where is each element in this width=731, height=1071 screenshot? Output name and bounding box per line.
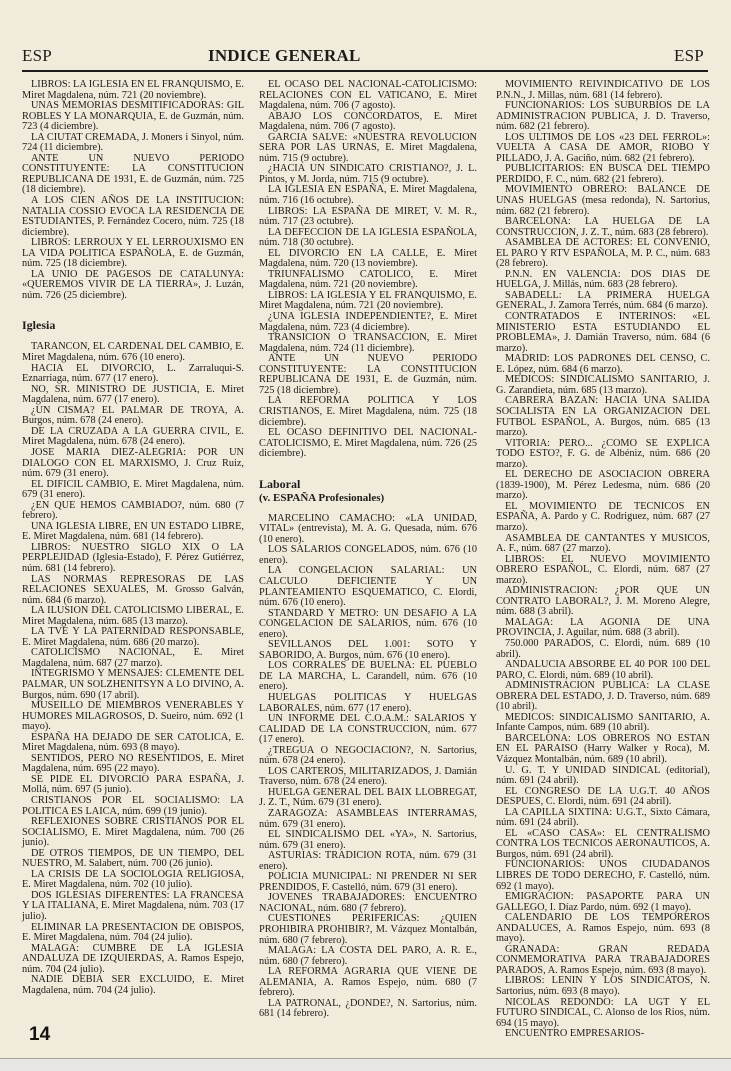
index-entry: A LOS CIEN AÑOS DE LA INSTITUCION: NATAL… [22, 196, 244, 238]
index-entry: LIBROS: LA IGLESIA EN EL FRANQUISMO, E. … [22, 80, 244, 101]
index-entry: REFLEXIONES SOBRE CRISTIANOS POR EL SOCI… [22, 817, 244, 849]
index-entry: LIBROS: LA ESPAÑA DE MIRET, V. M. R., nú… [259, 207, 477, 228]
index-entry: HUELGA GENERAL DEL BAIX LLOBREGAT, J. Z.… [259, 788, 477, 809]
index-entry: POLICIA MUNICIPAL: NI PRENDER NI SER PRE… [259, 872, 477, 893]
header-rule [22, 70, 708, 72]
index-entry: LA IGLESIA EN ESPAÑA, E. Miret Magdalena… [259, 185, 477, 206]
header-section-left: ESP [22, 46, 52, 66]
index-entry: LA ILUSION DEL CATOLICISMO LIBERAL, E. M… [22, 606, 244, 627]
index-entry: LOS ULTIMOS DE LOS «23 DEL FERROL»: VUEL… [496, 133, 710, 165]
index-entry: DE LA CRUZADA A LA GUERRA CIVIL, E. Mire… [22, 427, 244, 448]
index-entry: MOVIMIENTO OBRERO: BALANCE DE UNAS HUELG… [496, 185, 710, 217]
index-entry: LA CIUTAT CREMADA, J. Moners i Sinyol, n… [22, 133, 244, 154]
index-entry: BARCELONA: LA HUELGA DE LA CONSTRUCCION,… [496, 217, 710, 238]
index-entry: UNA IGLESIA LIBRE, EN UN ESTADO LIBRE, E… [22, 522, 244, 543]
index-entry: MADRID: LOS PADRONES DEL CENSO, C. E. Ló… [496, 354, 710, 375]
section-heading-laboral: Laboral [259, 478, 477, 491]
index-entry: LIBROS: EL NUEVO MOVIMIENTO OBRERO ESPAÑ… [496, 555, 710, 587]
page-title: INDICE GENERAL [208, 46, 361, 66]
index-entry: EL DIVORCIO EN LA CALLE, E. Miret Magdal… [259, 249, 477, 270]
index-entry: UNAS MEMORIAS DESMITIFICADORAS: GIL ROBL… [22, 101, 244, 133]
index-entry: EL SINDICALISMO DEL «YA», N. Sartorius, … [259, 830, 477, 851]
index-entry: ANTE UN NUEVO PERIODO CONSTITUYENTE: LA … [22, 154, 244, 196]
index-entry: ASAMBLEA DE ACTORES: EL CONVENIO, EL PAR… [496, 238, 710, 270]
index-entry: EL «CASO CASA»: EL CENTRALISMO CONTRA LO… [496, 829, 710, 861]
index-entry: HACIA EL DIVORCIO, L. Zarraluqui-S. Ezna… [22, 364, 244, 385]
index-entry: ABAJO LOS CONCORDATOS, E. Miret Magdalen… [259, 112, 477, 133]
index-entry: CRISTIANOS POR EL SOCIALISMO: LA POLITIC… [22, 796, 244, 817]
index-entry: ANTE UN NUEVO PERIODO CONSTITUYENTE: LA … [259, 354, 477, 396]
index-entry: ¿EN QUE HEMOS CAMBIADO?, núm. 680 (7 feb… [22, 501, 244, 522]
index-entry: ¿UNA IGLESIA INDEPENDIENTE?, E. Miret Ma… [259, 312, 477, 333]
index-entry: LA PATRONAL, ¿DONDE?, N. Sartorius, núm.… [259, 999, 477, 1020]
index-entry: LA CAPILLA SIXTINA: U.G.T., Sixto Cámara… [496, 808, 710, 829]
index-entry: SE PIDE EL DIVORCIO PARA ESPAÑA, J. Moll… [22, 775, 244, 796]
index-entry: EL OCASO DEL NACIONAL-CATOLICISMO: RELAC… [259, 80, 477, 112]
index-entry: ASTURIAS: TRADICION ROTA, núm. 679 (31 e… [259, 851, 477, 872]
index-entry: ADMINISTRACION: ¿POR QUE UN CONTRATO LAB… [496, 586, 710, 618]
index-entry: NO, SR. MINISTRO DE JUSTICIA, E. Miret M… [22, 385, 244, 406]
column-3: MOVIMIENTO REIVINDICATIVO DE LOS P.N.N.,… [496, 80, 710, 1040]
magazine-page: ESP INDICE GENERAL ESP LIBROS: LA IGLESI… [0, 0, 731, 1059]
index-entry: PUBLICITARIOS: EN BUSCA DEL TIEMPO PERDI… [496, 164, 710, 185]
index-entry: 750.000 PARADOS, C. Elordi, núm. 689 (10… [496, 639, 710, 660]
index-entry: JOVENES TRABAJADORES: ENCUENTRO NACIONAL… [259, 893, 477, 914]
index-entry: GARCIA SALVE: «NUESTRA REVOLUCION SERA P… [259, 133, 477, 165]
index-entry: SABADELL: LA PRIMERA HUELGA GENERAL, J. … [496, 291, 710, 312]
index-entry: UN INFORME DEL C.O.A.M.: SALARIOS Y CALI… [259, 714, 477, 746]
index-entry: MEDICOS: SINDICALISMO SANITARIO, A. Infa… [496, 713, 710, 734]
index-entry: LIBROS: LERROUX Y EL LERROUXISMO EN LA V… [22, 238, 244, 270]
index-entry: ¿TREGUA O NEGOCIACION?, N. Sartorius, nú… [259, 746, 477, 767]
entries-iglesia-continued: EL OCASO DEL NACIONAL-CATOLICISMO: RELAC… [259, 80, 477, 460]
index-entry: EMIGRACION: PASAPORTE PARA UN GALLEGO, I… [496, 892, 710, 913]
index-entry: SENTIDOS, PERO NO RESENTIDOS, E. Miret M… [22, 754, 244, 775]
index-entry: TARANCON, EL CARDENAL DEL CAMBIO, E. Mir… [22, 342, 244, 363]
entries-top: LIBROS: LA IGLESIA EN EL FRANQUISMO, E. … [22, 80, 244, 301]
index-entry: CATOLICISMO NACIONAL, E. Miret Magdalena… [22, 648, 244, 669]
index-entry: EL OCASO DEFINITIVO DEL NACIONAL-CATOLIC… [259, 428, 477, 460]
index-entry: LIBROS: LA IGLESIA Y EL FRANQUISMO, E. M… [259, 291, 477, 312]
index-entry: CONTRATADOS E INTERINOS: «EL MINISTERIO … [496, 312, 710, 354]
index-entry: NADIE DEBIA SER EXCLUIDO, E. Miret Magda… [22, 975, 244, 996]
index-entry: LOS CORRALES DE BUELNA: EL PUEBLO DE LA … [259, 661, 477, 693]
index-entry: TRANSICION O TRANSACCION, E. Miret Magda… [259, 333, 477, 354]
index-entry: LIBROS: LENIN Y LOS SINDICATOS, N. Sarto… [496, 976, 710, 997]
index-entry: EL DERECHO DE ASOCIACION OBRERA (1839-19… [496, 470, 710, 502]
index-entry: LA DEFECCION DE LA IGLESIA ESPAÑOLA, núm… [259, 228, 477, 249]
entries-laboral-continued: MOVIMIENTO REIVINDICATIVO DE LOS P.N.N.,… [496, 80, 710, 1040]
index-entry: CABRERA BAZAN: HACIA UNA SALIDA SOCIALIS… [496, 396, 710, 438]
index-entry: ASAMBLEA DE CANTANTES Y MUSICOS, A. F., … [496, 534, 710, 555]
index-entry: ¿UN CISMA? EL PALMAR DE TROYA, A. Burgos… [22, 406, 244, 427]
index-entry: ¿HACIA UN SINDICATO CRISTIANO?, J. L. Pi… [259, 164, 477, 185]
index-entry: SEVILLANOS DEL 1.001: SOTO Y SABORIDO, A… [259, 640, 477, 661]
index-entry: LA CRISIS DE LA SOCIOLOGIA RELIGIOSA, E.… [22, 870, 244, 891]
index-entry: LA REFORMA AGRARIA QUE VIENE DE ALEMANIA… [259, 967, 477, 999]
column-2: EL OCASO DEL NACIONAL-CATOLICISMO: RELAC… [259, 80, 477, 1020]
index-entry: ANDALUCIA ABSORBE EL 40 POR 100 DEL PARO… [496, 660, 710, 681]
index-entry: MALAGA: CUMBRE DE LA IGLESIA ANDALUZA DE… [22, 944, 244, 976]
index-entry: LA UNIO DE PAGESOS DE CATALUNYA: «QUEREM… [22, 270, 244, 302]
index-entry: DE OTROS TIEMPOS, DE UN TIEMPO, DEL NUES… [22, 849, 244, 870]
index-entry: HUELGAS POLITICAS Y HUELGAS LABORALES, n… [259, 693, 477, 714]
index-entry: GRANADA: GRAN REDADA CONMEMORATIVA PARA … [496, 945, 710, 977]
index-entry: ADMINISTRACION PUBLICA: LA CLASE OBRERA … [496, 681, 710, 713]
index-entry: MALAGA: LA COSTA DEL PARO, A. R. E., núm… [259, 946, 477, 967]
header-section-right: ESP [674, 46, 704, 66]
index-entry: LAS NORMAS REPRESORAS DE LAS RELACIONES … [22, 575, 244, 607]
entries-laboral: MARCELINO CAMACHO: «LA UNIDAD, VITAL» (e… [259, 514, 477, 1020]
section-heading-iglesia: Iglesia [22, 319, 244, 332]
index-entry: ELIMINAR LA PRESENTACION DE OBISPOS, E. … [22, 923, 244, 944]
index-entry: ZARAGOZA: ASAMBLEAS INTERRAMAS, núm. 679… [259, 809, 477, 830]
index-entry: MUSEILLO DE MIEMBROS VENERABLES Y HUMORE… [22, 701, 244, 733]
index-entry: NICOLAS REDONDO: LA UGT Y EL FUTURO SIND… [496, 998, 710, 1030]
index-entry: INTEGRISMO Y MENSAJES: CLEMENTE DEL PALM… [22, 669, 244, 701]
index-entry: MOVIMIENTO REIVINDICATIVO DE LOS P.N.N.,… [496, 80, 710, 101]
index-entry: LA REFORMA POLITICA Y LOS CRISTIANOS, E.… [259, 396, 477, 428]
index-entry: ESPAÑA HA DEJADO DE SER CATOLICA, E. Mir… [22, 733, 244, 754]
index-entry: ENCUENTRO EMPRESARIOS- [496, 1029, 710, 1040]
index-entry: BARCELONA: LOS OBREROS NO ESTAN EN EL PA… [496, 734, 710, 766]
index-entry: LOS CARTEROS, MILITARIZADOS, J. Damián T… [259, 767, 477, 788]
index-entry: EL DIFICIL CAMBIO, E. Miret Magdalena, n… [22, 480, 244, 501]
index-entry: TRIUNFALISMO CATOLICO, E. Miret Magdalen… [259, 270, 477, 291]
column-1: LIBROS: LA IGLESIA EN EL FRANQUISMO, E. … [22, 80, 244, 996]
page-number: 14 [29, 1024, 50, 1046]
index-entry: P.N.N. EN VALENCIA: DOS DIAS DE HUELGA, … [496, 270, 710, 291]
index-entry: DOS IGLESIAS DIFERENTES: LA FRANCESA Y L… [22, 891, 244, 923]
index-entry: CALENDARIO DE LOS TEMPOREROS ANDALUCES, … [496, 913, 710, 945]
index-entry: LOS SALARIOS CONGELADOS, núm. 676 (10 en… [259, 545, 477, 566]
index-entry: LIBROS: NUESTRO SIGLO XIX O LA PERPLEJID… [22, 543, 244, 575]
index-entry: LA CONGELACION SALARIAL: UN CALCULO DEFI… [259, 566, 477, 608]
index-entry: STANDARD Y METRO: UN DESAFIO A LA CONGEL… [259, 609, 477, 641]
index-entry: FUNCIONARIOS: LOS SUBURBIOS DE LA ADMINI… [496, 101, 710, 133]
index-entry: CUESTIONES PERIFERICAS: ¿QUIEN PROHIBIRA… [259, 914, 477, 946]
index-entry: JOSE MARIA DIEZ-ALEGRIA: POR UN DIALOGO … [22, 448, 244, 480]
entries-iglesia: TARANCON, EL CARDENAL DEL CAMBIO, E. Mir… [22, 342, 244, 996]
index-entry: FUNCIONARIOS: UNOS CIUDADANOS LIBRES DE … [496, 860, 710, 892]
index-entry: EL CONGRESO DE LA U.G.T. 40 AÑOS DESPUES… [496, 787, 710, 808]
index-entry: EL MOVIMIENTO DE TECNICOS EN ESPAÑA, A. … [496, 502, 710, 534]
index-entry: U. G. T. Y UNIDAD SINDICAL (editorial), … [496, 766, 710, 787]
section-subheading-laboral: (v. ESPAÑA Profesionales) [259, 492, 477, 504]
index-entry: LA TVE Y LA PATERNIDAD RESPONSABLE, E. M… [22, 627, 244, 648]
index-entry: VITORIA: PERO... ¿COMO SE EXPLICA TODO E… [496, 439, 710, 471]
index-entry: MARCELINO CAMACHO: «LA UNIDAD, VITAL» (e… [259, 514, 477, 546]
index-entry: MALAGA: LA AGONIA DE UNA PROVINCIA, J. A… [496, 618, 710, 639]
index-entry: MEDICOS: SINDICALISMO SANITARIO, J. G. Z… [496, 375, 710, 396]
